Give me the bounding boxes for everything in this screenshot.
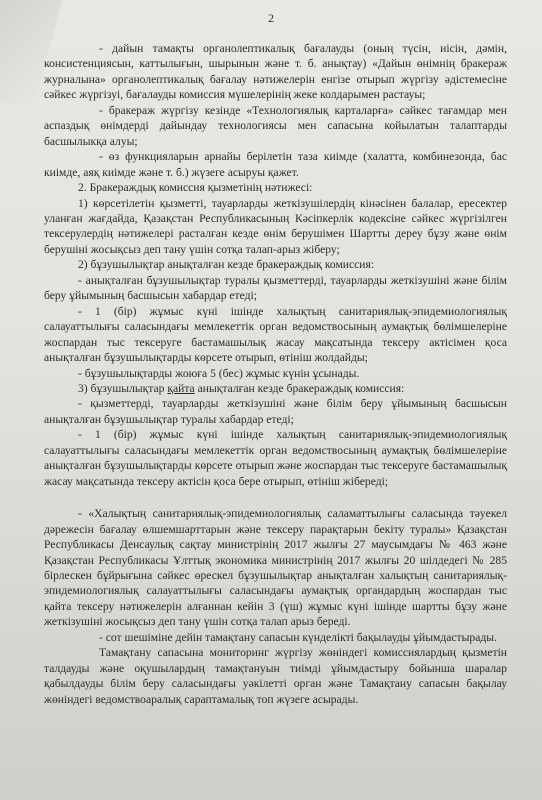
paragraph-one-day-request: - 1 (бір) жұмыс күні ішінде халықтың сан… (44, 304, 507, 366)
paragraph-one-day-repeat: - 1 (бір) жұмыс күні ішінде халықтың сан… (44, 427, 507, 489)
paragraph-item-2: 2) бұзушылықтар анықталған кезде бракера… (44, 257, 507, 272)
paragraph-five-days: - бұзушылықтарды жоюға 5 (бес) жұмыс күн… (44, 366, 507, 381)
item-3-after: анықталған кезде бракераждық комиссия: (195, 382, 405, 395)
paragraph-clean-clothes: - өз функцияларын арнайы берілетін таза … (44, 149, 507, 180)
paragraph-court-claim: - «Халықтың санитариялық-эпидемиологиялы… (44, 506, 507, 630)
spacer (44, 489, 507, 506)
page-number: 2 (0, 11, 542, 26)
paragraph-daily-control: - сот шешіміне дейін тамақтану сапасын к… (44, 630, 507, 645)
paragraph-item-3: 3) бұзушылықтар қайта анықталған кезде б… (44, 381, 507, 396)
item-3-before: 3) бұзушылықтар (78, 382, 167, 395)
paragraph-tech-cards: - бракераж жүргізу кезінде «Технологиялы… (44, 103, 507, 149)
document-body: - дайын тамақты органолептикалық бағалау… (44, 41, 507, 707)
paragraph-notify: - анықталған бұзушылықтар туралы қызметт… (44, 273, 507, 304)
paragraph-monitoring: Тамақтану сапасына мониторинг жүргізу жө… (44, 645, 507, 707)
paragraph-organoleptic: - дайын тамақты органолептикалық бағалау… (44, 41, 507, 103)
section-heading-results: 2. Бракераждық комиссия қызметінің нәтиж… (44, 180, 507, 195)
underlined-word: қайта (167, 382, 194, 395)
paragraph-notify-repeat: - қызметтерді, тауарларды жеткізушіні жә… (44, 396, 507, 427)
paragraph-item-1: 1) көрсетілетін қызметті, тауарларды жет… (44, 196, 507, 258)
